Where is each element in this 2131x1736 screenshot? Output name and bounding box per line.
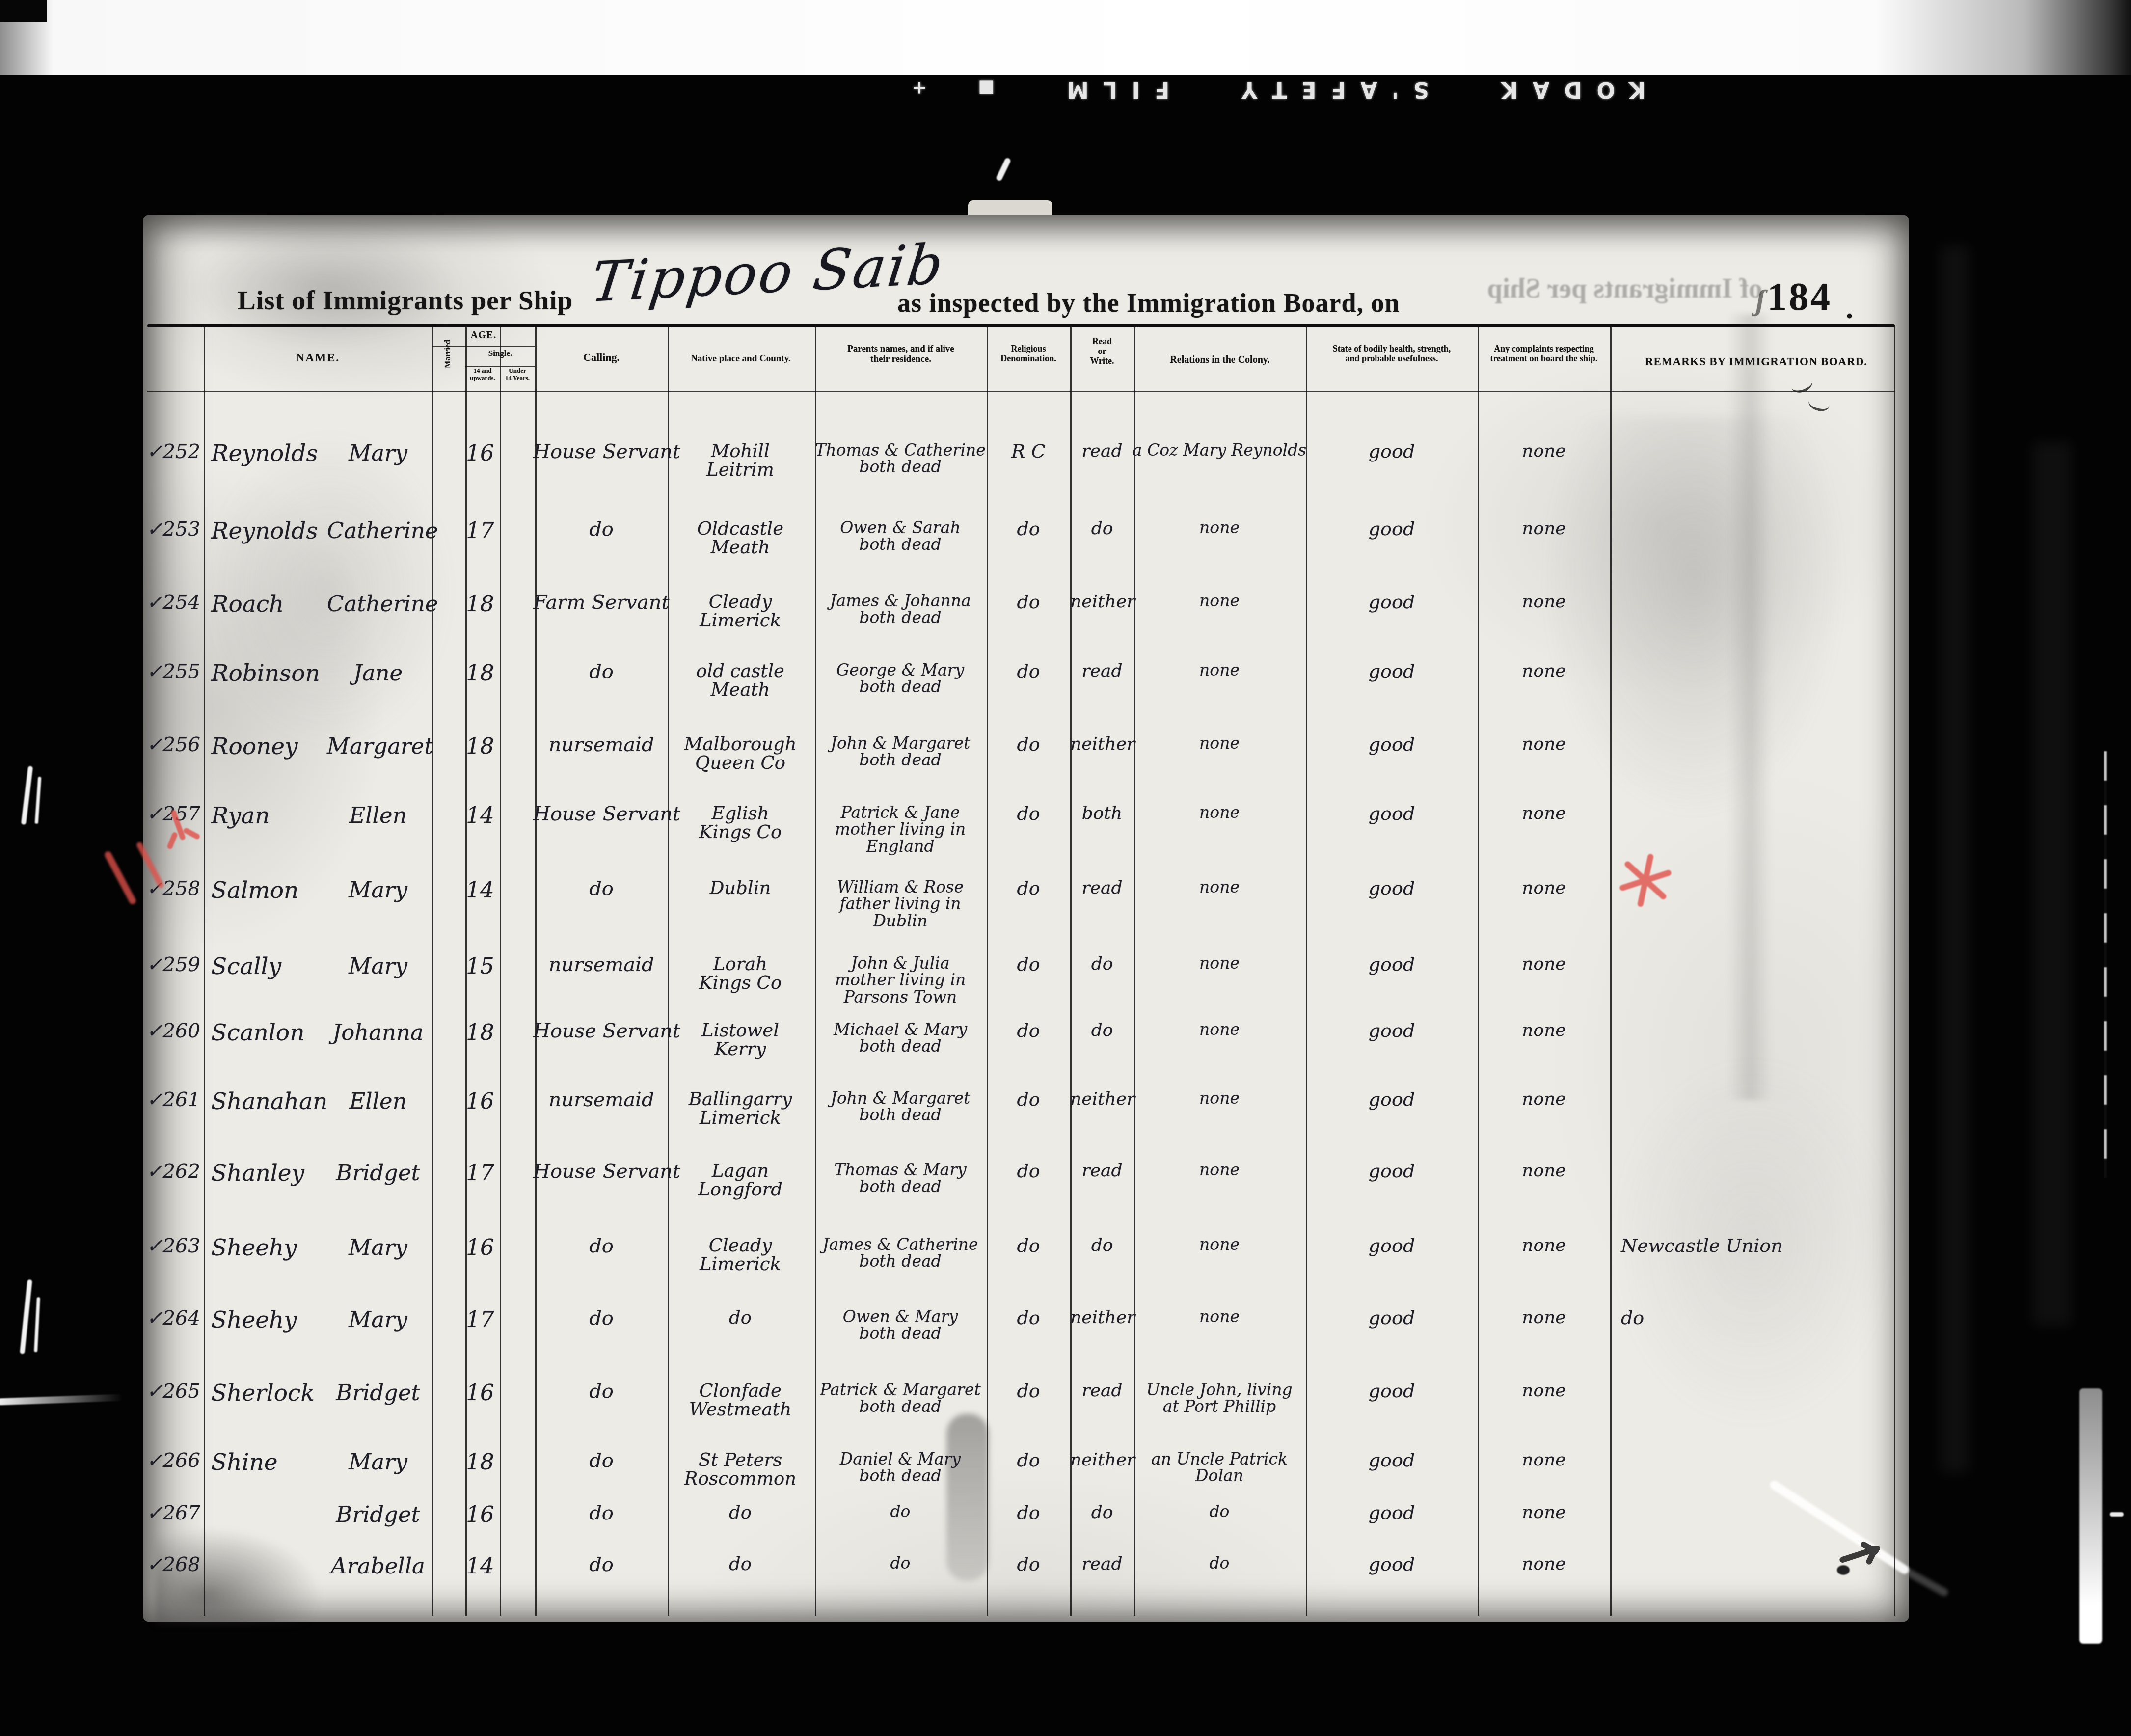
row-number: ✓268 (146, 1555, 199, 1575)
title-prefix: List of Immigrants per Ship (238, 285, 573, 316)
cell-religion: do (987, 1236, 1070, 1256)
ink-blot (1837, 1565, 1850, 1575)
film-scratch-mark (34, 1297, 40, 1352)
cell-native-place: Listowel Kerry (665, 1021, 816, 1059)
cell-given-name: Mary (327, 442, 429, 465)
film-frame-marker: ■ + (907, 78, 995, 98)
cell-relations: none (1131, 804, 1308, 821)
cell-parents: John & Margaret both dead (813, 1090, 988, 1124)
film-brand-text: KODAK S'AFETY FILM ■ + (766, 70, 1787, 109)
cell-health: good (1306, 735, 1478, 755)
cell-native-place: Lagan Longford (665, 1162, 816, 1199)
column-header-married: Married (444, 327, 453, 381)
cell-complaints: none (1478, 519, 1610, 538)
cell-religion: do (987, 955, 1070, 975)
cell-health: good (1306, 1162, 1478, 1181)
cell-given-name: Catherine (327, 519, 429, 542)
cell-calling: House Servant (533, 442, 670, 462)
cell-complaints: none (1478, 1236, 1610, 1254)
cell-native-place: Lorah Kings Co (665, 955, 816, 993)
film-top-white-band (0, 0, 2131, 75)
header-bottom-rule (147, 391, 1895, 392)
microfilm-scan: { "film": { "brand_text": "KODAK S'AFETY… (0, 0, 2131, 1736)
cell-age: 18 (458, 1021, 503, 1044)
cell-read-write: read (1070, 1555, 1134, 1573)
cell-religion: do (987, 519, 1070, 539)
cell-complaints: none (1478, 1090, 1610, 1108)
cell-complaints: none (1478, 662, 1610, 680)
cell-age: 16 (458, 1503, 503, 1526)
film-brand-label: KODAK S'AFETY FILM (1052, 77, 1645, 102)
cell-religion: do (987, 593, 1070, 612)
cell-relations: none (1131, 879, 1308, 895)
cell-parents: Daniel & Mary both dead (813, 1451, 988, 1485)
cell-surname: Shanley (211, 1162, 330, 1186)
cell-given-name: Mary (327, 1308, 429, 1331)
cell-religion: R C (987, 442, 1070, 461)
cell-complaints: none (1478, 735, 1610, 753)
column-header-calling: Calling. (535, 352, 668, 364)
cell-religion: do (987, 1021, 1070, 1041)
cell-given-name: Johanna (327, 1021, 429, 1044)
cell-read-write: read (1070, 879, 1134, 897)
cell-relations: do (1131, 1555, 1308, 1572)
film-edge-light-leak (2079, 1388, 2102, 1644)
column-divider (204, 325, 205, 1616)
column-divider (1894, 325, 1895, 1616)
cell-given-name: Margaret (327, 735, 429, 758)
cell-relations: none (1131, 593, 1308, 609)
cell-surname: Robinson (211, 662, 330, 686)
row-number: ✓267 (146, 1503, 199, 1524)
cell-health: good (1306, 1503, 1478, 1523)
row-number: ✓259 (146, 955, 199, 976)
row-number: ✓263 (146, 1236, 199, 1257)
cell-read-write: do (1070, 1236, 1134, 1254)
cell-health: good (1306, 1382, 1478, 1401)
cell-surname: Sheehy (211, 1308, 330, 1332)
cell-age: 14 (458, 1555, 503, 1578)
cell-relations: none (1131, 662, 1308, 678)
cell-native-place: Clonfade Westmeath (665, 1382, 816, 1419)
cell-surname: Shanahan (211, 1090, 330, 1114)
cell-calling: do (533, 1382, 670, 1402)
row-number: ✓254 (146, 593, 199, 613)
cell-age: 16 (458, 1382, 503, 1405)
column-header-health: State of bodily health, strength, and pr… (1306, 344, 1478, 363)
cell-surname: Roach (211, 593, 330, 617)
cell-parents: George & Mary both dead (813, 662, 988, 696)
cell-parents: Patrick & Margaret both dead (813, 1382, 988, 1415)
cell-native-place: Cleady Limerick (665, 593, 816, 630)
cell-read-write: do (1070, 1503, 1134, 1521)
cell-health: good (1306, 593, 1478, 612)
cell-parents: John & Margaret both dead (813, 735, 988, 769)
row-number: ✓262 (146, 1162, 199, 1182)
cell-health: good (1306, 442, 1478, 461)
cell-surname: Sheehy (211, 1236, 330, 1260)
cell-age: 17 (458, 1308, 503, 1331)
column-divider (1610, 325, 1612, 1616)
title-period: . (1846, 292, 1853, 325)
cell-age: 18 (458, 735, 503, 758)
cell-relations: none (1131, 1021, 1308, 1038)
cell-calling: House Servant (533, 1021, 670, 1042)
cell-surname: Scanlon (211, 1021, 330, 1045)
row-number: ✓261 (146, 1090, 199, 1111)
cell-age: 17 (458, 1162, 503, 1185)
cell-native-place: Eglish Kings Co (665, 804, 816, 842)
cell-parents: William & Rose father living in Dublin (813, 879, 988, 929)
cell-calling: Farm Servant (533, 593, 670, 613)
cell-parents: Owen & Sarah both dead (813, 519, 988, 553)
cell-read-write: read (1070, 442, 1134, 460)
film-scratch-mark (35, 777, 42, 824)
cell-remarks: do (1617, 1308, 1902, 1328)
cell-native-place: Cleady Limerick (665, 1236, 816, 1274)
cell-health: good (1306, 662, 1478, 681)
cell-surname: Rooney (211, 735, 330, 759)
cell-read-write: do (1070, 519, 1134, 538)
cell-parents: James & Catherine both dead (813, 1236, 988, 1270)
row-number: ✓253 (146, 519, 199, 540)
cell-native-place: Mohill Leitrim (665, 442, 816, 480)
cell-age: 18 (458, 593, 503, 616)
year-fragment: ʃ184 (1755, 275, 1832, 320)
cell-given-name: Bridget (327, 1382, 429, 1405)
cell-religion: do (987, 1555, 1070, 1574)
cell-calling: nursemaid (533, 955, 670, 976)
cell-surname: Ryan (211, 804, 330, 828)
film-scratch-mark (21, 766, 33, 825)
cell-relations: none (1131, 519, 1308, 536)
cell-given-name: Catherine (327, 593, 429, 616)
row-number: ✓252 (146, 442, 199, 462)
column-header-read-write: Read or Write. (1070, 337, 1134, 366)
cell-read-write: read (1070, 1382, 1134, 1400)
row-number: ✓258 (146, 879, 199, 899)
title-suffix: as inspected by the Immigration Board, o… (897, 288, 1400, 318)
cell-health: good (1306, 1090, 1478, 1110)
cell-age: 15 (458, 955, 503, 978)
film-edge-haze (1940, 245, 1969, 1473)
column-header-complaints: Any complaints respecting treatment on b… (1478, 344, 1610, 363)
cell-religion: do (987, 1451, 1070, 1470)
cell-parents: Thomas & Mary both dead (813, 1162, 988, 1195)
cell-calling: do (533, 662, 670, 682)
cell-native-place: Ballingarry Limerick (665, 1090, 816, 1128)
cell-health: good (1306, 1021, 1478, 1041)
cell-surname: Reynolds (211, 442, 330, 466)
cell-complaints: none (1478, 442, 1610, 460)
ink-flourish: ʃ (1755, 284, 1767, 316)
cell-relations: none (1131, 735, 1308, 752)
cell-calling: do (533, 1503, 670, 1524)
cell-native-place: Oldcastle Meath (665, 519, 816, 557)
cell-surname: Scally (211, 955, 330, 979)
cell-surname: Shine (211, 1451, 330, 1475)
cell-health: good (1306, 1451, 1478, 1470)
cell-given-name: Mary (327, 955, 429, 978)
cell-read-write: neither (1070, 1090, 1134, 1108)
cell-relations: none (1131, 1308, 1308, 1325)
cell-religion: do (987, 1090, 1070, 1110)
cell-calling: do (533, 879, 670, 899)
cell-native-place: do (665, 1555, 816, 1573)
row-number: ✓255 (146, 662, 199, 682)
cell-read-write: read (1070, 1162, 1134, 1180)
year-digits: 184 (1767, 275, 1832, 319)
row-number: ✓265 (146, 1382, 199, 1402)
cell-health: good (1306, 1308, 1478, 1328)
cell-age: 16 (458, 1090, 503, 1113)
column-header-14-upwards: 14 and upwards. (464, 367, 501, 382)
film-scratch-tick (996, 157, 1012, 182)
film-edge-scratch (2104, 751, 2107, 1178)
cell-religion: do (987, 735, 1070, 755)
cell-native-place: old castle Meath (665, 662, 816, 700)
column-header-religion: Religious Denomination. (987, 344, 1070, 363)
cell-age: 18 (458, 662, 503, 685)
cell-complaints: none (1478, 1308, 1610, 1327)
row-number: ✓256 (146, 735, 199, 756)
cell-calling: do (533, 1451, 670, 1471)
cell-religion: do (987, 1162, 1070, 1181)
cell-native-place: Malborough Queen Co (665, 735, 816, 773)
cell-given-name: Mary (327, 879, 429, 902)
red-asterisk-mark (1613, 848, 1677, 912)
cell-read-write: neither (1070, 593, 1134, 611)
cell-read-write: do (1070, 1021, 1134, 1039)
cell-calling: House Servant (533, 1162, 670, 1182)
column-header-under-14: Under 14 Years. (500, 367, 535, 382)
cell-health: good (1306, 1236, 1478, 1256)
cell-calling: House Servant (533, 804, 670, 825)
cell-complaints: none (1478, 804, 1610, 822)
cell-age: 14 (458, 879, 503, 902)
cell-surname: Salmon (211, 879, 330, 903)
cell-relations: Uncle John, living at Port Phillip (1131, 1382, 1308, 1415)
film-edge-haze (2032, 442, 2072, 1326)
cell-surname: Reynolds (211, 519, 330, 543)
cell-native-place: do (665, 1308, 816, 1327)
cell-given-name: Arabella (327, 1555, 429, 1578)
cell-religion: do (987, 804, 1070, 824)
cell-complaints: none (1478, 1382, 1610, 1400)
cell-calling: nursemaid (533, 1090, 670, 1111)
column-header-relations: Relations in the Colony. (1134, 354, 1306, 365)
cell-health: good (1306, 955, 1478, 975)
film-corner-notch (0, 0, 47, 22)
cell-relations: none (1131, 1162, 1308, 1178)
cell-relations: none (1131, 955, 1308, 972)
cell-parents: John & Julia mother living in Parsons To… (813, 955, 988, 1005)
cell-native-place: Dublin (665, 879, 816, 897)
cell-complaints: none (1478, 1555, 1610, 1573)
cell-relations: none (1131, 1236, 1308, 1253)
cell-relations: do (1131, 1503, 1308, 1520)
cell-age: 16 (458, 442, 503, 465)
cell-age: 14 (458, 804, 503, 827)
cell-given-name: Bridget (327, 1503, 429, 1526)
cell-calling: do (533, 1236, 670, 1257)
cell-religion: do (987, 662, 1070, 681)
cell-calling: do (533, 519, 670, 540)
film-scratch-mark (20, 1279, 32, 1354)
cell-relations: an Uncle Patrick Dolan (1131, 1451, 1308, 1485)
cell-health: good (1306, 519, 1478, 539)
cell-parents: Owen & Mary both dead (813, 1308, 988, 1342)
cell-read-write: neither (1070, 1451, 1134, 1469)
cell-complaints: none (1478, 1451, 1610, 1469)
row-number: ✓260 (146, 1021, 199, 1042)
column-header-single: Single. (465, 349, 535, 358)
cell-parents: do (813, 1555, 988, 1572)
cell-complaints: none (1478, 955, 1610, 973)
cell-given-name: Ellen (327, 1090, 429, 1113)
column-header-native-place: Native place and County. (667, 353, 815, 364)
cell-calling: do (533, 1308, 670, 1329)
cell-remarks: Newcastle Union (1617, 1236, 1902, 1256)
cell-given-name: Jane (327, 662, 429, 685)
cell-read-write: both (1070, 804, 1134, 822)
cell-relations: a Coz Mary Reynolds (1131, 442, 1308, 459)
cell-native-place: do (665, 1503, 816, 1522)
cell-complaints: none (1478, 879, 1610, 897)
cell-read-write: read (1070, 662, 1134, 680)
cell-parents: Patrick & Jane mother living in England (813, 804, 988, 855)
cell-religion: do (987, 1382, 1070, 1401)
cell-calling: nursemaid (533, 735, 670, 756)
cell-health: good (1306, 1555, 1478, 1574)
cell-religion: do (987, 879, 1070, 898)
cell-read-write: neither (1070, 735, 1134, 753)
cell-religion: do (987, 1308, 1070, 1328)
cell-given-name: Bridget (327, 1162, 429, 1185)
cell-religion: do (987, 1503, 1070, 1523)
cell-parents: do (813, 1503, 988, 1520)
cell-relations: none (1131, 1090, 1308, 1107)
row-number: ✓266 (146, 1451, 199, 1471)
column-header-remarks: REMARKS BY IMMIGRATION BOARD. (1615, 355, 1897, 368)
document-page (143, 215, 1909, 1622)
cell-given-name: Mary (327, 1236, 429, 1259)
cell-surname: Sherlock (211, 1382, 330, 1406)
cell-read-write: do (1070, 955, 1134, 973)
cell-age: 16 (458, 1236, 503, 1259)
cell-given-name: Mary (327, 1451, 429, 1474)
cell-complaints: none (1478, 1162, 1610, 1180)
cell-given-name: Ellen (327, 804, 429, 827)
row-number: ✓264 (146, 1308, 199, 1329)
table-top-rule (147, 324, 1895, 327)
cell-complaints: none (1478, 593, 1610, 611)
red-double-stroke-mark (104, 850, 137, 906)
cell-parents: Michael & Mary both dead (813, 1021, 988, 1055)
column-header-parents: Parents names, and if alive their reside… (815, 344, 987, 365)
cell-age: 17 (458, 519, 503, 542)
film-scratch-horizontal (0, 1394, 123, 1406)
film-edge-fleck (2110, 1512, 2124, 1517)
cell-parents: Thomas & Catherine both dead (813, 442, 988, 476)
cell-age: 18 (458, 1451, 503, 1474)
cell-health: good (1306, 804, 1478, 824)
cell-complaints: none (1478, 1021, 1610, 1039)
cell-native-place: St Peters Roscommon (665, 1451, 816, 1489)
cell-calling: do (533, 1555, 670, 1575)
cell-complaints: none (1478, 1503, 1610, 1521)
cell-read-write: neither (1070, 1308, 1134, 1327)
cell-parents: James & Johanna both dead (813, 593, 988, 626)
cell-health: good (1306, 879, 1478, 898)
column-header-name: NAME. (204, 352, 432, 365)
bleed-through-ghost-text: of Immigrants per Ship (1438, 273, 1762, 304)
